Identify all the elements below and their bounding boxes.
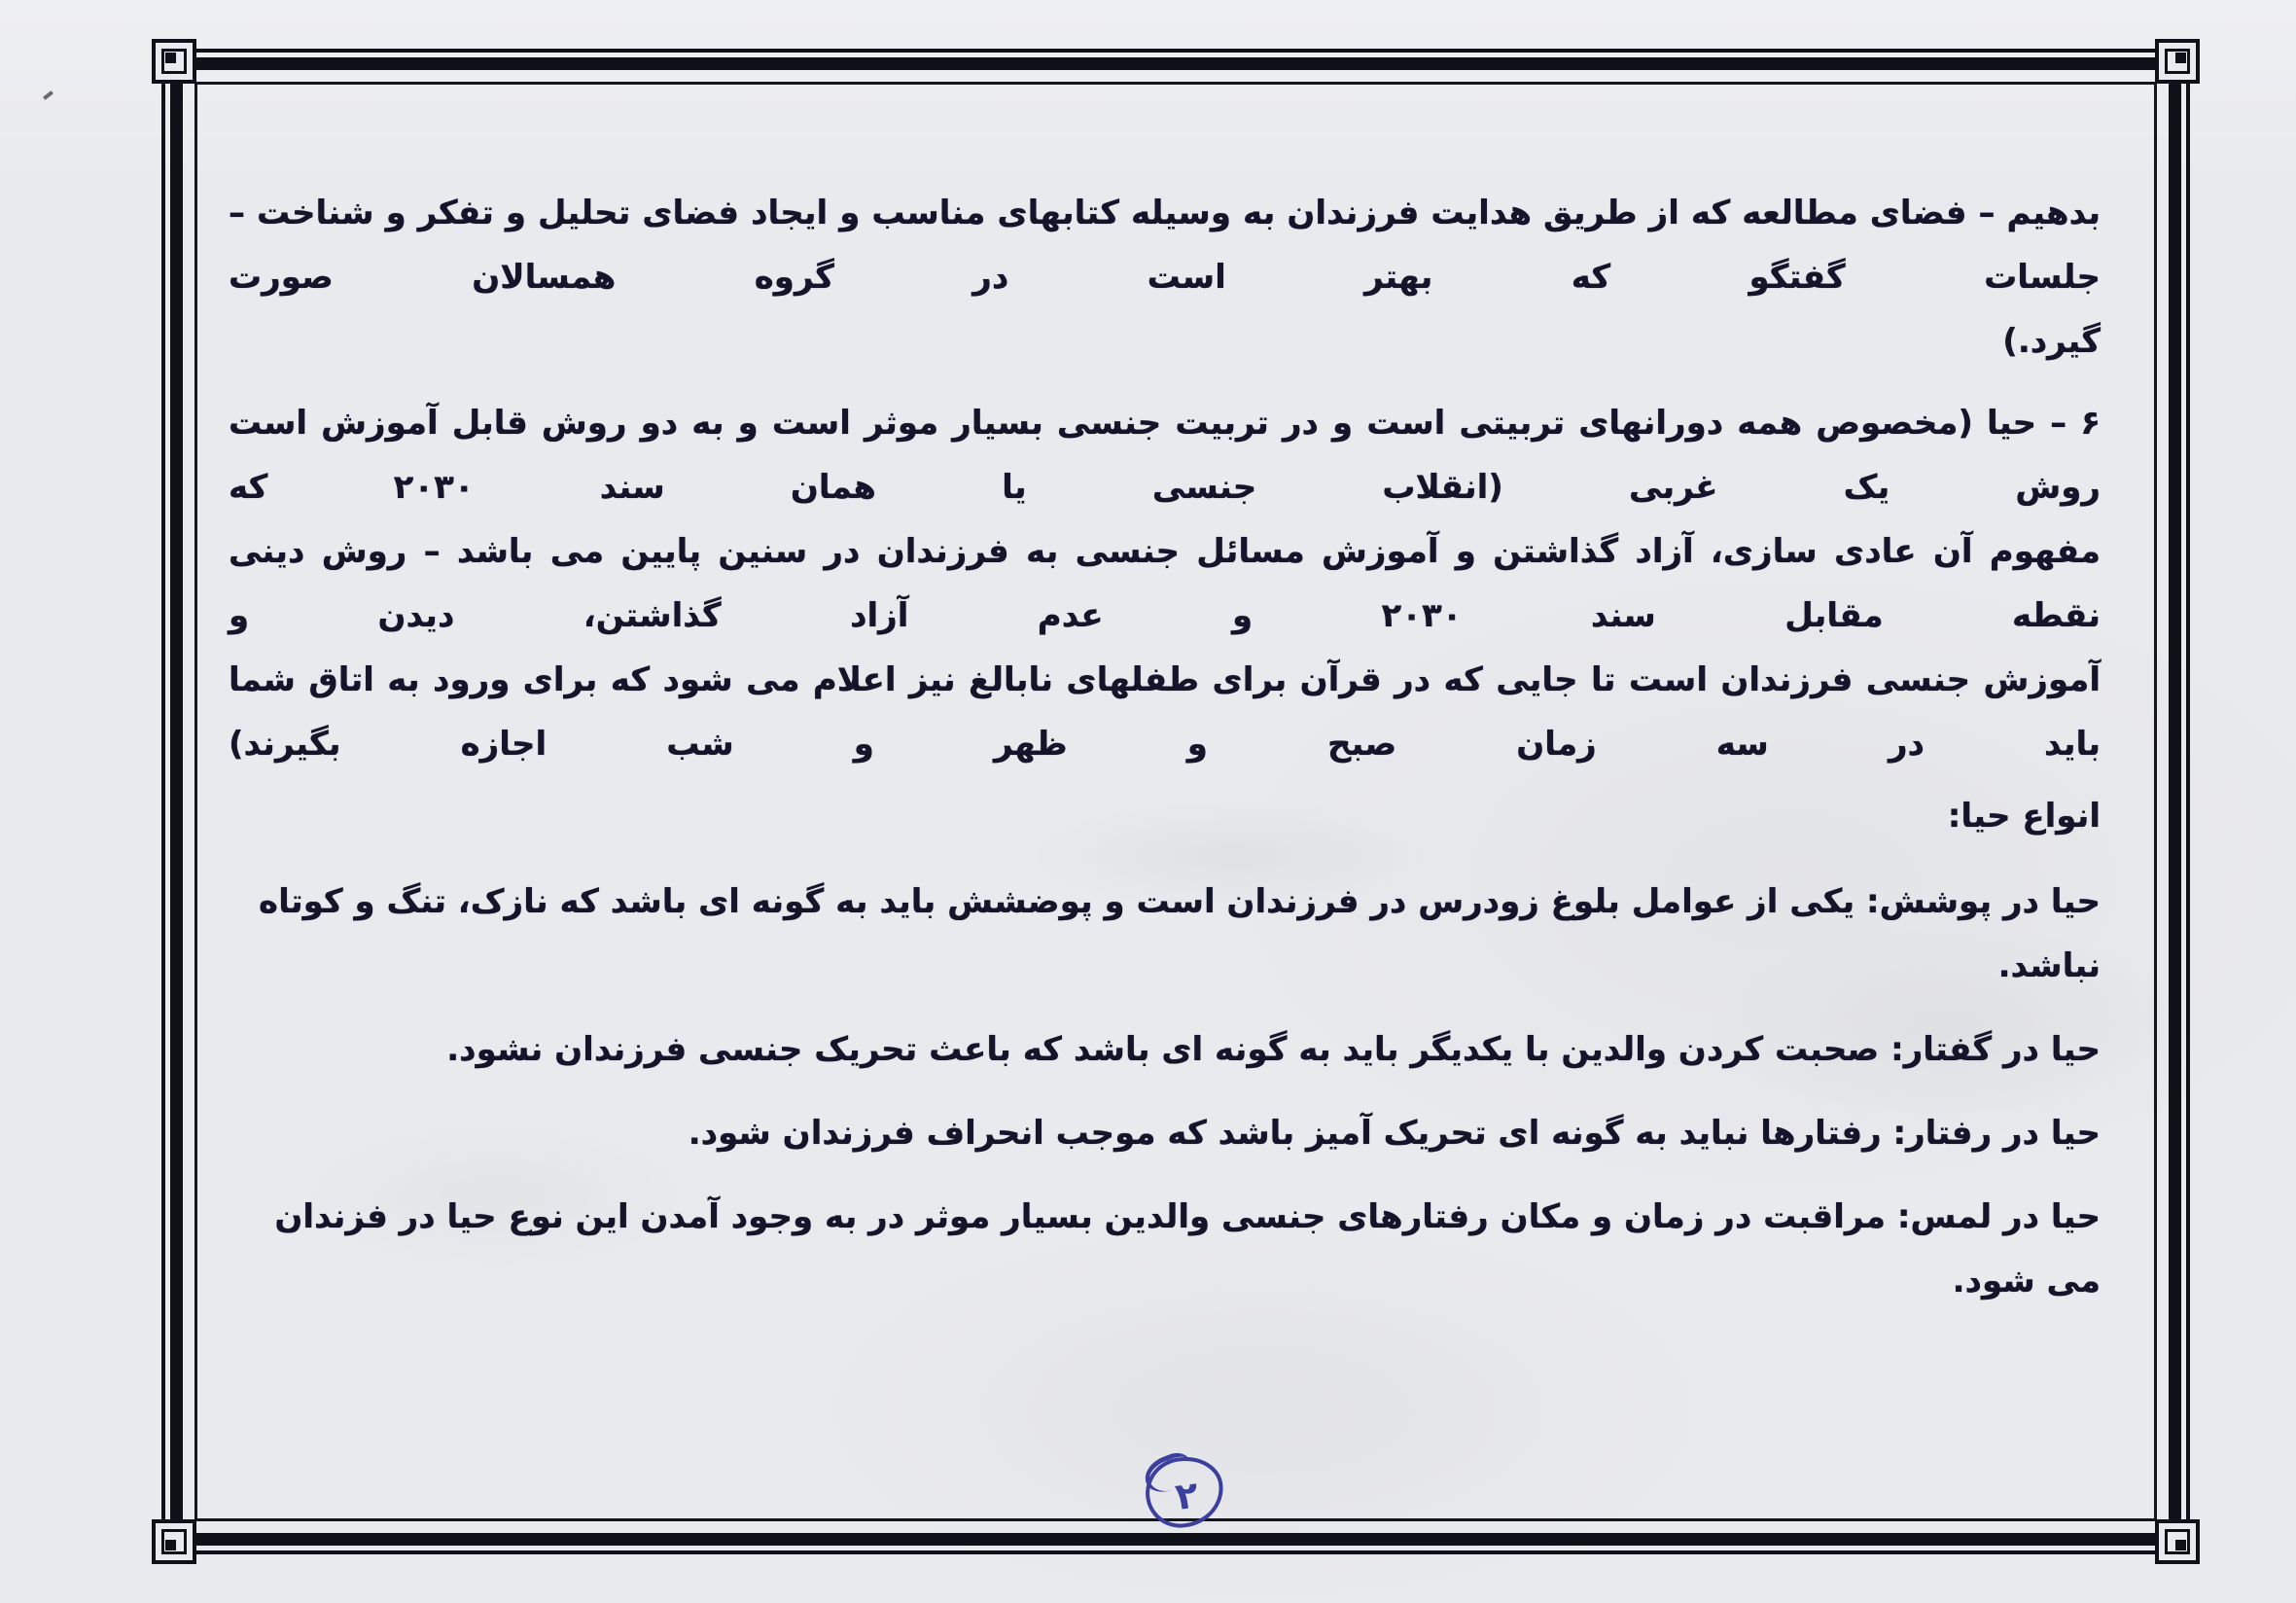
document-text: بدهیم – فضای مطالعه که از طریق هدایت فرز…	[229, 181, 2101, 1313]
list-item-haya-goftar: حیا در گفتار: صحبت کردن والدین با یکدیگر…	[229, 1017, 2101, 1082]
list-item-haya-raftar: حیا در رفتار: رفتارها نباید به گونه ای ت…	[229, 1101, 2101, 1165]
list-item-haya-lams: حیا در لمس: مراقبت در زمان و مکان رفتاره…	[229, 1185, 2101, 1313]
corner-ornament-top-right	[2155, 39, 2200, 84]
paragraph-line: آموزش جنسی فرزندان است تا جایی که در قرآ…	[229, 648, 2101, 776]
paragraph-line: مفهوم آن عادی سازی، آزاد گذاشتن و آموزش …	[229, 519, 2101, 648]
corner-ornament-bottom-left	[152, 1519, 196, 1564]
scan-artifact	[43, 90, 53, 100]
section-heading: انواع حیا:	[229, 784, 2101, 848]
scanned-page: { "document": { "language": "fa", "direc…	[0, 0, 2296, 1603]
page-number: ۲	[1173, 1473, 1200, 1517]
corner-ornament-top-left	[152, 39, 196, 84]
list-item-haya-pooshesh: حیا در پوشش: یکی از عوامل بلوغ زودرس در …	[229, 870, 2101, 998]
paragraph-line: بدهیم – فضای مطالعه که از طریق هدایت فرز…	[229, 181, 2101, 309]
paragraph-line: ۶ – حیا (مخصوص همه دورانهای تربیتی است و…	[229, 391, 2101, 519]
paragraph-line: گیرد.)	[229, 309, 2101, 374]
corner-ornament-bottom-right	[2155, 1519, 2200, 1564]
